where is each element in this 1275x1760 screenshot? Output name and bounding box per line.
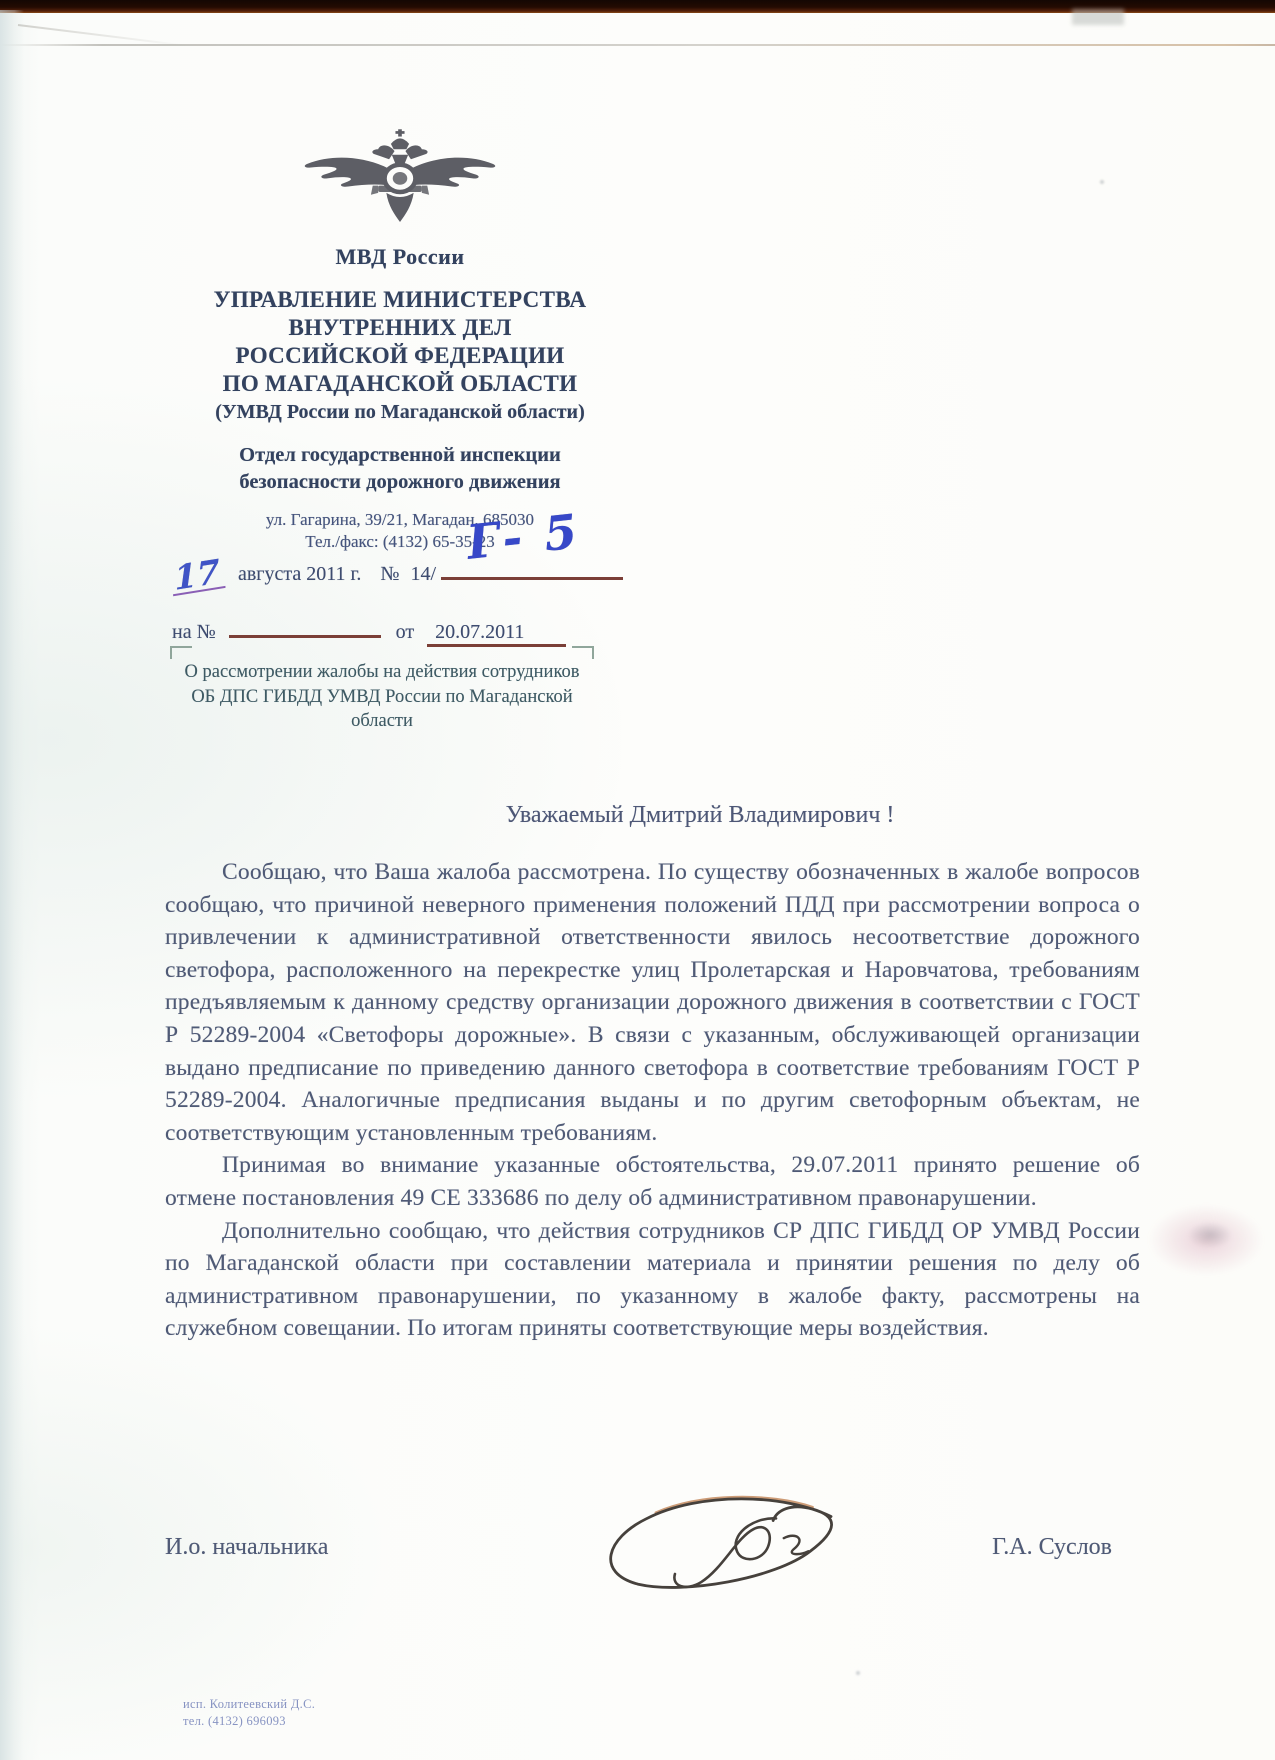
scan-edge-notch [1072, 9, 1124, 25]
outgoing-number: 14/ [411, 563, 437, 585]
ministry-name: МВД России [165, 244, 635, 270]
gray-smudge [1188, 1222, 1232, 1248]
paper-speck [1100, 180, 1104, 184]
org-short-name: (УМВД России по Магаданской области) [165, 401, 635, 424]
number-sign: № [380, 563, 399, 585]
handwritten-number-suffix: Г- 5 [464, 504, 582, 571]
org-name-line1: УПРАВЛЕНИЕ МИНИСТЕРСТВА [165, 286, 635, 314]
paper-crease [0, 44, 1275, 46]
scanned-letter-page: МВД России УПРАВЛЕНИЕ МИНИСТЕРСТВА ВНУТР… [0, 0, 1275, 1760]
reply-to-label: на № [172, 621, 216, 643]
body-paragraph-3: Дополнительно сообщаю, что действия сотр… [165, 1215, 1140, 1345]
department-name: Отдел государственной инспекции безопасн… [165, 442, 635, 496]
outgoing-date-line: 17 августа 2011 г. № 14/ Г- 5 [172, 560, 652, 606]
reply-from-label: от [396, 621, 414, 643]
subject-line1: О рассмотрении жалобы на действия сотруд… [170, 660, 594, 685]
reply-date: 20.07.2011 [435, 621, 524, 643]
mvd-double-headed-eagle-emblem-icon [300, 126, 500, 238]
scan-edge-left [0, 10, 24, 1760]
corner-mark-right-icon [572, 646, 594, 659]
org-name-line3: РОССИЙСКОЙ ФЕДЕРАЦИИ [165, 342, 635, 370]
body-paragraph-1: Сообщаю, что Ваша жалоба рассмотрена. По… [165, 856, 1140, 1149]
org-name-line4: ПО МАГАДАНСКОЙ ОБЛАСТИ [165, 370, 635, 398]
executor-phone: тел. (4132) 696093 [183, 1713, 315, 1730]
org-name-line2: ВНУТРЕННИХ ДЕЛ [165, 314, 635, 342]
corner-mark-left-icon [170, 646, 192, 659]
signature-scribble [550, 1484, 854, 1609]
date-month-year: августа 2011 г. [238, 563, 361, 585]
executor-footer: исп. Колитеевский Д.С. тел. (4132) 69609… [183, 1696, 315, 1730]
signer-name: Г.А. Суслов [992, 1534, 1112, 1561]
salutation: Уважаемый Дмитрий Владимирович ! [165, 802, 1140, 829]
letter-body: Сообщаю, что Ваша жалоба рассмотрена. По… [165, 856, 1140, 1345]
subject-block: О рассмотрении жалобы на действия сотруд… [170, 646, 594, 734]
reference-block: 17 августа 2011 г. № 14/ Г- 5 на № от 20… [172, 560, 652, 647]
signer-position: И.о. начальника [165, 1534, 328, 1561]
body-paragraph-2: Принимая во внимание указанные обстоятел… [165, 1149, 1140, 1214]
subject-line3: области [170, 709, 594, 734]
handwritten-day: 17 [171, 556, 225, 596]
reply-number-blank-line [229, 620, 381, 638]
reply-date-line: 20.07.2011 [427, 621, 566, 647]
incoming-reference-line: на № от 20.07.2011 [172, 620, 652, 647]
department-line2: безопасности дорожного движения [165, 469, 635, 496]
executor-name: исп. Колитеевский Д.С. [183, 1696, 315, 1713]
paper-speck [856, 1671, 860, 1675]
subject-line2: ОБ ДПС ГИБДД УМВД России по Магаданской [170, 685, 594, 710]
department-line1: Отдел государственной инспекции [165, 442, 635, 469]
letterhead: МВД России УПРАВЛЕНИЕ МИНИСТЕРСТВА ВНУТР… [165, 126, 635, 553]
org-name: УПРАВЛЕНИЕ МИНИСТЕРСТВА ВНУТРЕННИХ ДЕЛ Р… [165, 286, 635, 398]
number-blank-line: Г- 5 [441, 560, 623, 580]
